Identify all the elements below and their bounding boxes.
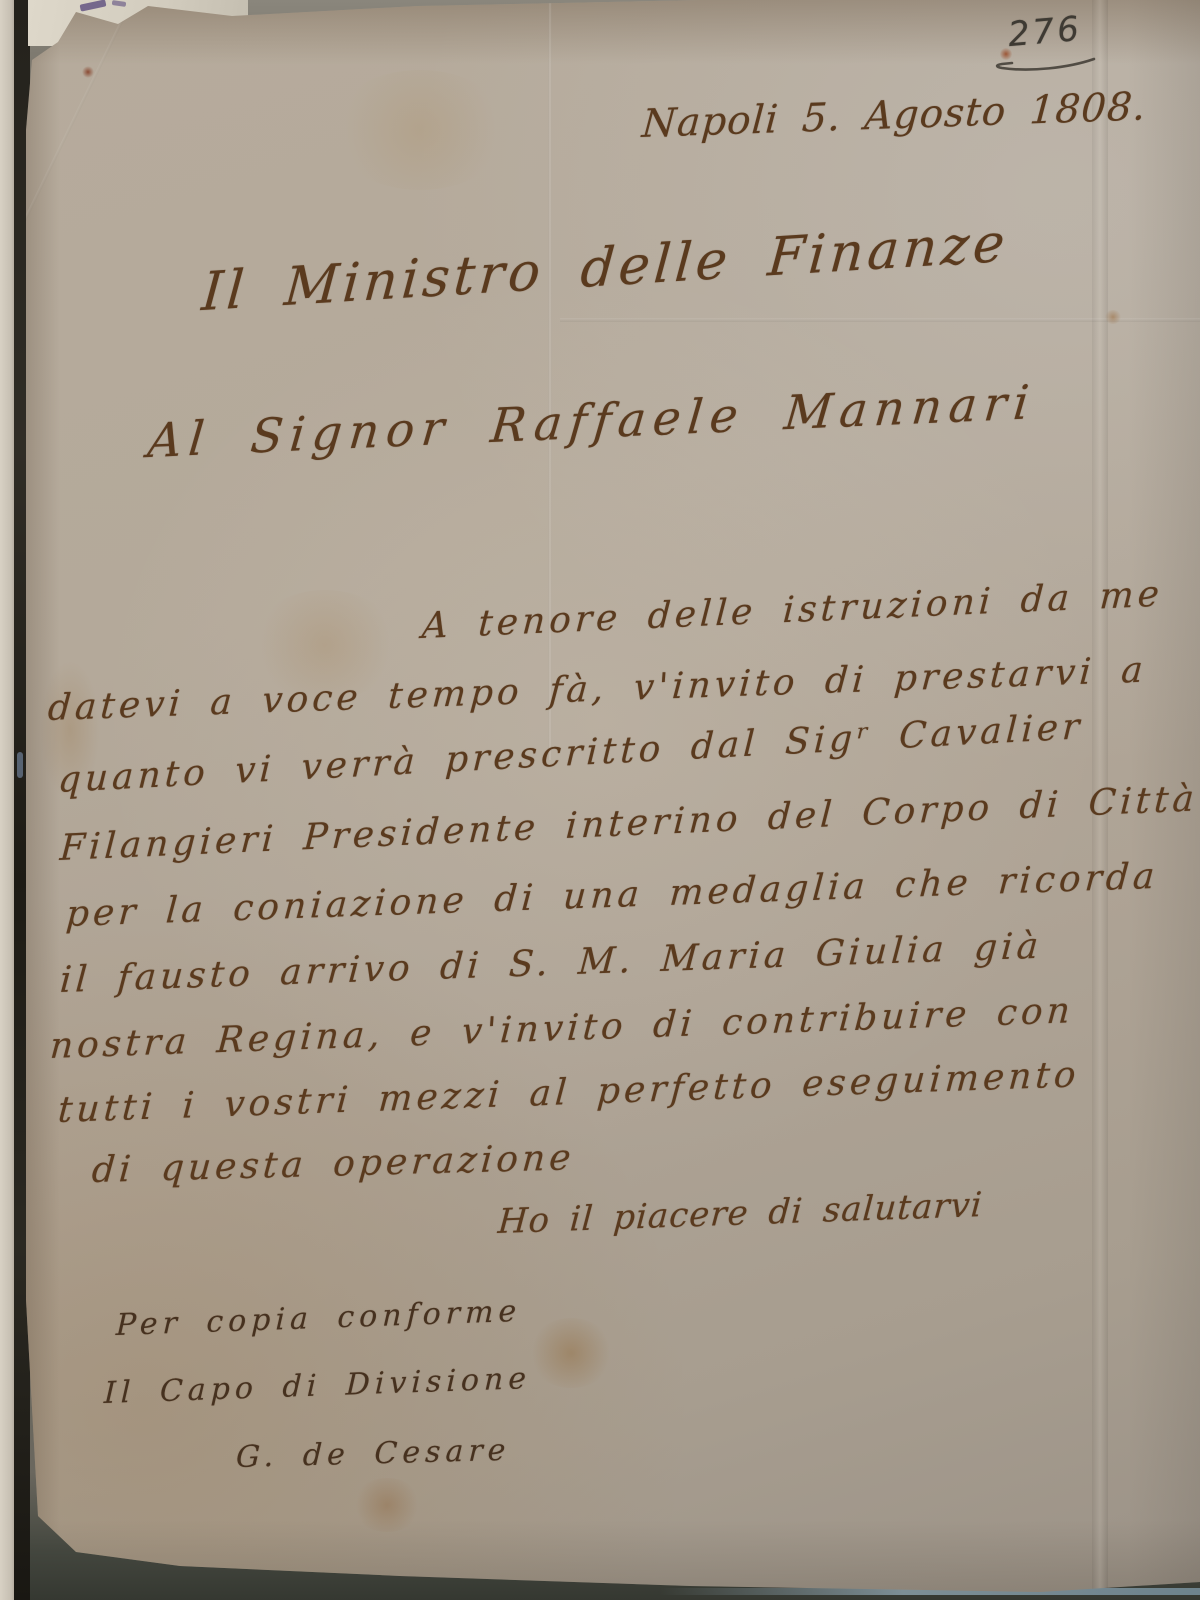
stain <box>82 66 94 78</box>
stain <box>352 1478 422 1532</box>
stain <box>330 70 510 190</box>
manuscript-photo: 276 Napoli 5. Agosto 1808. Il Ministro d… <box>0 0 1200 1600</box>
letter-sheet: 276 Napoli 5. Agosto 1808. Il Ministro d… <box>0 0 1200 1600</box>
signer-title-line: Il Capo di Divisione <box>103 1361 531 1411</box>
closing-line: Ho il piacere di salutarvi <box>497 1185 984 1242</box>
body-line: nostra Regina, e v'invito di contribuire… <box>49 990 1076 1067</box>
binding-glint <box>17 752 23 778</box>
recipient-line-person: Al Signor Raffaele Mannari <box>145 375 1038 469</box>
signature-line: G. de Cesare <box>235 1433 511 1475</box>
ink-speck <box>80 0 107 12</box>
dateline: Napoli 5. Agosto 1808. <box>640 84 1147 147</box>
body-line: A tenore delle istruzioni da me <box>421 574 1165 648</box>
ink-speck <box>112 0 127 7</box>
body-line: il fausto arrivo di S. M. Maria Giulia g… <box>59 926 1044 1001</box>
body-line: per la coniazione di una medaglia che ri… <box>65 856 1160 935</box>
recipient-line-ministry: Il Ministro delle Finanze <box>200 212 1011 323</box>
stain <box>1105 310 1121 324</box>
vertical-fold-crease <box>548 0 552 760</box>
page-number-underline-flourish <box>990 56 1100 74</box>
certification-line: Per copia conforme <box>115 1294 521 1343</box>
page-number: 276 <box>1006 9 1083 55</box>
horizontal-crease <box>560 318 1200 322</box>
stain <box>528 1318 614 1388</box>
body-line: tutti i vostri mezzi al perfetto eseguim… <box>57 1054 1081 1131</box>
body-line: di questa operazione <box>90 1137 576 1191</box>
